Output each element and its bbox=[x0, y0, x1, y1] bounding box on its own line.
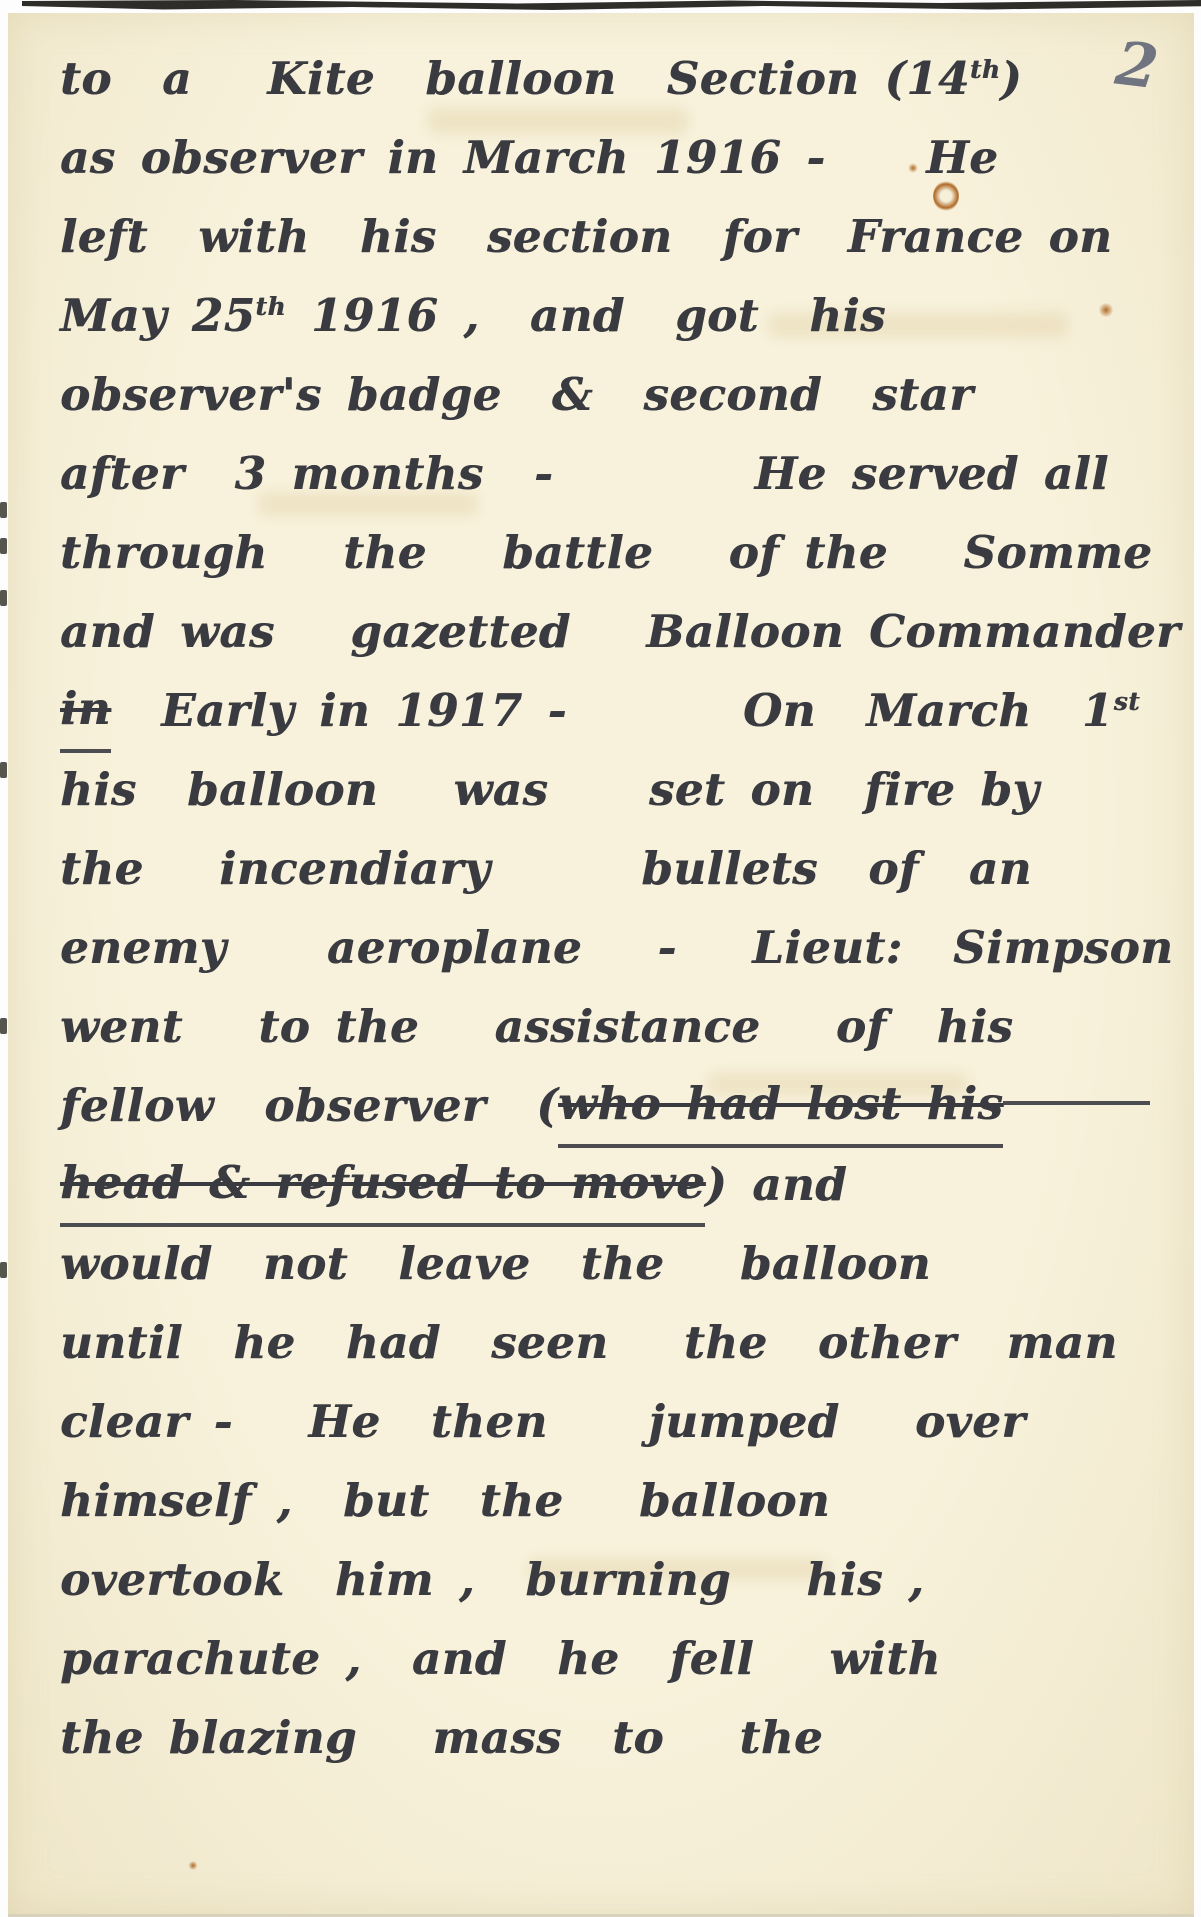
handwriting-line: observer's badge & second star bbox=[60, 355, 1150, 434]
text-run: May 25 bbox=[60, 276, 255, 355]
scan-edge-artifact bbox=[0, 502, 7, 518]
text-run: left with his section for France on bbox=[60, 197, 1112, 276]
scan-edge-artifact bbox=[0, 1262, 7, 1278]
text-run: Early in 1917 - On March 1 bbox=[111, 671, 1114, 750]
handwriting-line: parachute , and he fell with bbox=[60, 1619, 1150, 1698]
handwriting-line: clear - He then jumped over bbox=[60, 1382, 1150, 1461]
text-run: overtook him , burning his , bbox=[60, 1540, 924, 1619]
handwriting-line: as observer in March 1916 - He bbox=[60, 118, 1150, 197]
scan-edge-artifact bbox=[0, 538, 7, 554]
scan-background: { "page": { "number": "2", "paper_color"… bbox=[0, 0, 1201, 1917]
text-run: the incendiary bullets of an bbox=[60, 829, 1032, 908]
text-run: went to the assistance of his bbox=[60, 987, 1013, 1066]
strike-extension-rule bbox=[1003, 1083, 1150, 1105]
handwriting-line: through the battle of the Somme bbox=[60, 513, 1150, 592]
handwriting-line: until he had seen the other man bbox=[60, 1303, 1150, 1382]
text-run: th bbox=[255, 295, 285, 320]
text-run: fellow observer ( bbox=[60, 1066, 558, 1145]
text-run: and was gazetted Balloon Commander bbox=[60, 592, 1180, 671]
text-run: th bbox=[970, 58, 1000, 83]
scan-edge-artifact bbox=[0, 1018, 7, 1034]
text-run: clear - He then jumped over bbox=[60, 1382, 1026, 1461]
handwriting-line: his balloon was set on fire by bbox=[60, 750, 1150, 829]
text-run: ) and bbox=[705, 1145, 847, 1224]
text-run: after 3 months - He served all bbox=[60, 434, 1109, 513]
handwriting-line: overtook him , burning his , bbox=[60, 1540, 1150, 1619]
handwriting-line: went to the assistance of his bbox=[60, 987, 1150, 1066]
text-run: ) bbox=[1000, 39, 1022, 118]
handwriting-line: the incendiary bullets of an bbox=[60, 829, 1150, 908]
text-run: his balloon was set on fire by bbox=[60, 750, 1039, 829]
text-run: st bbox=[1114, 690, 1140, 715]
text-run: 14 bbox=[906, 39, 970, 118]
handwriting-line: after 3 months - He served all bbox=[60, 434, 1150, 513]
text-run: observer's badge & second star bbox=[60, 355, 973, 434]
scan-edge-artifact bbox=[0, 762, 7, 778]
scanned-letter: 2 to a Kite balloon Section (14th)as obs… bbox=[0, 0, 1201, 1917]
struck-text: head & refused to move bbox=[60, 1143, 705, 1227]
handwriting-line: May 25th 1916 , and got his bbox=[60, 276, 1150, 355]
handwriting-line: enemy aeroplane - Lieut: Simpson bbox=[60, 908, 1150, 987]
handwriting-line: himself , but the balloon bbox=[60, 1461, 1150, 1540]
handwriting-line: head & refused to move) and bbox=[60, 1145, 1150, 1224]
handwriting-line: in Early in 1917 - On March 1st bbox=[60, 671, 1150, 750]
letter-page: 2 to a Kite balloon Section (14th)as obs… bbox=[8, 13, 1194, 1917]
handwriting-line: and was gazetted Balloon Commander bbox=[60, 592, 1150, 671]
text-run: to a Kite balloon Section ( bbox=[60, 39, 906, 118]
text-run: would not leave the balloon bbox=[60, 1224, 931, 1303]
scan-edge-artifact bbox=[0, 590, 7, 606]
handwriting-line: would not leave the balloon bbox=[60, 1224, 1150, 1303]
text-run: through the battle of the Somme bbox=[60, 513, 1152, 592]
text-run: enemy aeroplane - Lieut: Simpson bbox=[60, 908, 1173, 987]
text-run: 1916 , and got his bbox=[286, 276, 886, 355]
handwriting-line: fellow observer (who had lost his bbox=[60, 1066, 1150, 1145]
handwriting-line: left with his section for France on bbox=[60, 197, 1150, 276]
text-run: parachute , and he fell with bbox=[60, 1619, 941, 1698]
struck-text: who had lost his bbox=[558, 1064, 1003, 1148]
scan-edge-artifact bbox=[22, 0, 1201, 10]
struck-text: in bbox=[60, 669, 111, 753]
text-run: himself , but the balloon bbox=[60, 1461, 830, 1540]
text-run: the blazing mass to the bbox=[60, 1698, 823, 1777]
handwriting-line: to a Kite balloon Section (14th) bbox=[60, 39, 1150, 118]
handwriting-text: to a Kite balloon Section (14th)as obser… bbox=[60, 39, 1150, 1914]
text-run: until he had seen the other man bbox=[60, 1303, 1118, 1382]
handwriting-line: the blazing mass to the bbox=[60, 1698, 1150, 1777]
text-run: as observer in March 1916 - He bbox=[60, 118, 998, 197]
